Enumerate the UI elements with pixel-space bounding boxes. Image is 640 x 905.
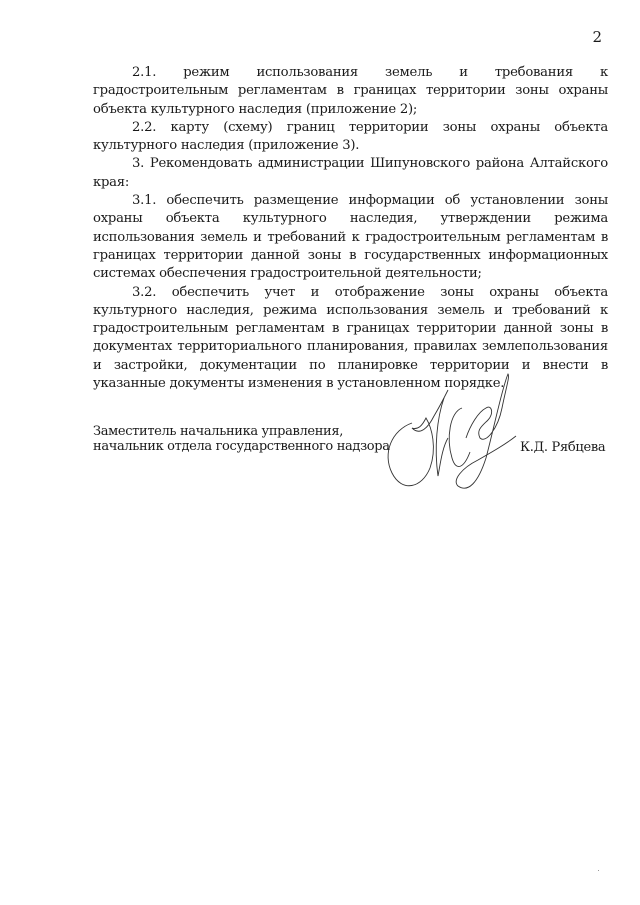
paragraph-2-1: 2.1. режим использования земель и требов…	[93, 64, 608, 119]
signatory-name: К.Д. Рябцева	[520, 440, 605, 455]
signatory-position-line2: начальник отдела государственного надзор…	[93, 440, 390, 455]
paragraph-2-2: 2.2. карту (схему) границ территории зон…	[93, 119, 608, 156]
paragraph-3: 3. Рекомендовать администрации Шипуновск…	[93, 155, 608, 192]
paragraph-3-1: 3.1. обеспечить размещение информации об…	[93, 192, 608, 283]
document-body: 2.1. режим использования земель и требов…	[93, 64, 608, 393]
handwritten-signature-icon	[382, 368, 522, 498]
signatory-position-line1: Заместитель начальника управления,	[93, 425, 390, 440]
paragraph-3-2: 3.2. обеспечить учет и отображение зоны …	[93, 284, 608, 394]
signatory-position: Заместитель начальника управления, начал…	[93, 425, 390, 454]
scan-artifact	[598, 870, 599, 871]
page-number: 2	[592, 28, 602, 46]
